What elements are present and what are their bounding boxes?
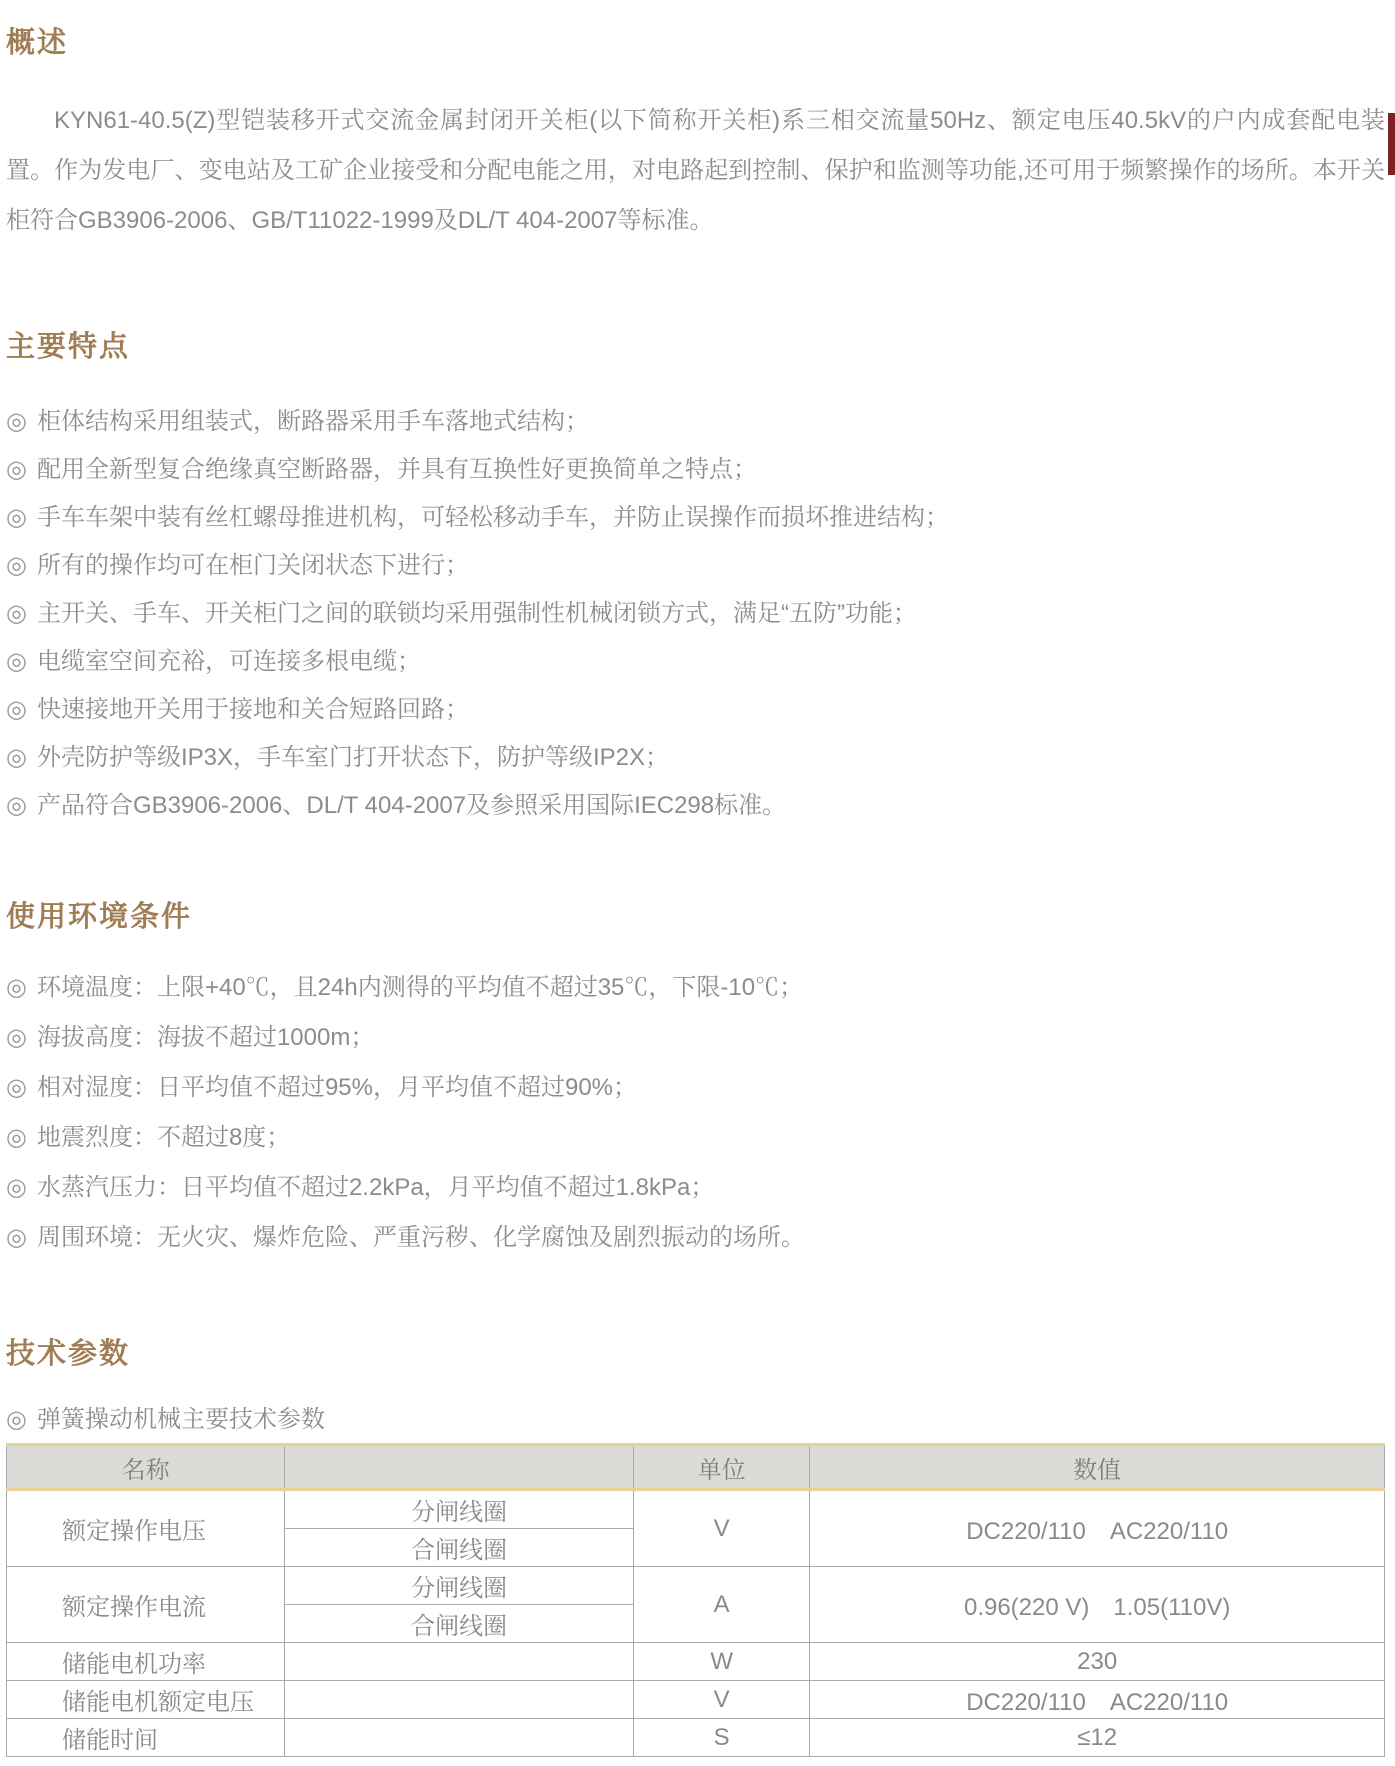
param-name-cell: 储能时间	[7, 1719, 285, 1757]
param-sub-cell	[285, 1643, 634, 1681]
environment-item: ◎地震烈度：不超过8度；	[6, 1113, 1385, 1163]
bullseye-bullet-icon: ◎	[6, 974, 27, 1001]
bullseye-bullet-icon: ◎	[6, 1124, 27, 1151]
bullseye-bullet-icon: ◎	[6, 600, 27, 627]
bullseye-bullet-icon: ◎	[6, 408, 27, 435]
param-name-cell: 额定操作电压	[7, 1490, 285, 1567]
feature-text: 配用全新型复合绝缘真空断路器，并具有互换性好更换简单之特点；	[37, 456, 757, 483]
param-value-cell: DC220/110 AC220/110	[810, 1490, 1385, 1567]
feature-item: ◎柜体结构采用组装式，断路器采用手车落地式结构；	[6, 398, 1385, 446]
tech-subtitle-text: 弹簧操动机械主要技术参数	[37, 1406, 325, 1433]
environment-text: 地震烈度：不超过8度；	[37, 1124, 290, 1151]
param-sub-cell: 合闸线圈	[285, 1529, 634, 1567]
table-row: 储能时间 S ≤12	[7, 1719, 1385, 1757]
feature-item: ◎手车车架中装有丝杠螺母推进机构，可轻松移动手车，并防止误操作而损坏推进结构；	[6, 494, 1385, 542]
table-row: 额定操作电流 分闸线圈 A 0.96(220 V) 1.05(110V)	[7, 1567, 1385, 1605]
environment-text: 周围环境：无火灾、爆炸危险、严重污秽、化学腐蚀及剧烈振动的场所。	[37, 1224, 805, 1251]
param-unit-cell: V	[633, 1681, 809, 1719]
feature-text: 主开关、手车、开关柜门之间的联锁均采用强制性机械闭锁方式，满足“五防”功能；	[37, 600, 917, 627]
feature-text: 快速接地开关用于接地和关合短路回路；	[37, 696, 469, 723]
param-name-cell: 储能电机功率	[7, 1643, 285, 1681]
param-value-cell: ≤12	[810, 1719, 1385, 1757]
tech-subtitle: ◎弹簧操动机械主要技术参数	[6, 1405, 1385, 1435]
document-page: 概述 KYN61-40.5(Z)型铠装移开式交流金属封闭开关柜(以下简称开关柜)…	[0, 26, 1395, 1757]
bullseye-bullet-icon: ◎	[6, 1074, 27, 1101]
environment-item: ◎水蒸汽压力：日平均值不超过2.2kPa，月平均值不超过1.8kPa；	[6, 1163, 1385, 1213]
table-header-row: 名称 单位 数值	[7, 1445, 1385, 1490]
param-value-cell: 0.96(220 V) 1.05(110V)	[810, 1567, 1385, 1643]
features-list: ◎柜体结构采用组装式，断路器采用手车落地式结构； ◎配用全新型复合绝缘真空断路器…	[6, 398, 1385, 830]
table-row: 储能电机功率 W 230	[7, 1643, 1385, 1681]
feature-item: ◎电缆室空间充裕，可连接多根电缆；	[6, 638, 1385, 686]
environment-text: 相对湿度：日平均值不超过95%，月平均值不超过90%；	[37, 1074, 637, 1101]
param-value-cell: 230	[810, 1643, 1385, 1681]
param-unit-cell: A	[633, 1567, 809, 1643]
bullseye-bullet-icon: ◎	[6, 696, 27, 723]
param-sub-cell: 分闸线圈	[285, 1490, 634, 1529]
feature-item: ◎主开关、手车、开关柜门之间的联锁均采用强制性机械闭锁方式，满足“五防”功能；	[6, 590, 1385, 638]
environment-item: ◎相对湿度：日平均值不超过95%，月平均值不超过90%；	[6, 1063, 1385, 1113]
section-title-tech-params: 技术参数	[6, 1337, 1385, 1371]
param-unit-cell: W	[633, 1643, 809, 1681]
section-title-overview: 概述	[6, 26, 1385, 60]
feature-text: 手车车架中装有丝杠螺母推进机构，可轻松移动手车，并防止误操作而损坏推进结构；	[37, 504, 949, 531]
param-name-cell: 储能电机额定电压	[7, 1681, 285, 1719]
feature-item: ◎快速接地开关用于接地和关合短路回路；	[6, 686, 1385, 734]
table-row: 储能电机额定电压 V DC220/110 AC220/110	[7, 1681, 1385, 1719]
bullseye-bullet-icon: ◎	[6, 648, 27, 675]
section-title-environment: 使用环境条件	[6, 900, 1385, 934]
param-unit-cell: S	[633, 1719, 809, 1757]
bullseye-bullet-icon: ◎	[6, 504, 27, 531]
param-sub-cell: 分闸线圈	[285, 1567, 634, 1605]
column-header-name: 名称	[7, 1445, 285, 1490]
column-header-sub	[285, 1445, 634, 1490]
bullseye-bullet-icon: ◎	[6, 456, 27, 483]
section-title-features: 主要特点	[6, 330, 1385, 364]
page-edge-red-mark	[1388, 113, 1395, 175]
param-name-cell: 额定操作电流	[7, 1567, 285, 1643]
environment-list: ◎环境温度：上限+40℃，且24h内测得的平均值不超过35℃，下限-10℃； ◎…	[6, 963, 1385, 1263]
feature-text: 所有的操作均可在柜门关闭状态下进行；	[37, 552, 469, 579]
param-sub-cell: 合闸线圈	[285, 1605, 634, 1643]
table-row: 额定操作电压 分闸线圈 V DC220/110 AC220/110	[7, 1490, 1385, 1529]
environment-item: ◎周围环境：无火灾、爆炸危险、严重污秽、化学腐蚀及剧烈振动的场所。	[6, 1213, 1385, 1263]
environment-text: 环境温度：上限+40℃，且24h内测得的平均值不超过35℃，下限-10℃；	[37, 974, 803, 1001]
feature-text: 产品符合GB3906-2006、DL/T 404-2007及参照采用国际IEC2…	[37, 792, 786, 819]
feature-text: 柜体结构采用组装式，断路器采用手车落地式结构；	[37, 408, 589, 435]
bullseye-bullet-icon: ◎	[6, 552, 27, 579]
environment-text: 水蒸汽压力：日平均值不超过2.2kPa，月平均值不超过1.8kPa；	[37, 1174, 714, 1201]
environment-text: 海拔高度：海拔不超过1000m；	[37, 1024, 374, 1051]
feature-item: ◎产品符合GB3906-2006、DL/T 404-2007及参照采用国际IEC…	[6, 782, 1385, 830]
bullseye-bullet-icon: ◎	[6, 1024, 27, 1051]
param-unit-cell: V	[633, 1490, 809, 1567]
column-header-unit: 单位	[633, 1445, 809, 1490]
overview-paragraph: KYN61-40.5(Z)型铠装移开式交流金属封闭开关柜(以下简称开关柜)系三相…	[6, 96, 1385, 246]
environment-item: ◎环境温度：上限+40℃，且24h内测得的平均值不超过35℃，下限-10℃；	[6, 963, 1385, 1013]
param-value-cell: DC220/110 AC220/110	[810, 1681, 1385, 1719]
feature-item: ◎外壳防护等级IP3X，手车室门打开状态下，防护等级IP2X；	[6, 734, 1385, 782]
column-header-value: 数值	[810, 1445, 1385, 1490]
bullseye-bullet-icon: ◎	[6, 1406, 27, 1433]
feature-item: ◎所有的操作均可在柜门关闭状态下进行；	[6, 542, 1385, 590]
bullseye-bullet-icon: ◎	[6, 1174, 27, 1201]
bullseye-bullet-icon: ◎	[6, 792, 27, 819]
feature-text: 外壳防护等级IP3X，手车室门打开状态下，防护等级IP2X；	[37, 744, 669, 771]
bullseye-bullet-icon: ◎	[6, 1224, 27, 1251]
environment-item: ◎海拔高度：海拔不超过1000m；	[6, 1013, 1385, 1063]
param-sub-cell	[285, 1719, 634, 1757]
spring-mechanism-params-table: 名称 单位 数值 额定操作电压 分闸线圈 V DC220/110 AC220/1…	[6, 1443, 1385, 1757]
feature-item: ◎配用全新型复合绝缘真空断路器，并具有互换性好更换简单之特点；	[6, 446, 1385, 494]
bullseye-bullet-icon: ◎	[6, 744, 27, 771]
feature-text: 电缆室空间充裕，可连接多根电缆；	[37, 648, 421, 675]
param-sub-cell	[285, 1681, 634, 1719]
